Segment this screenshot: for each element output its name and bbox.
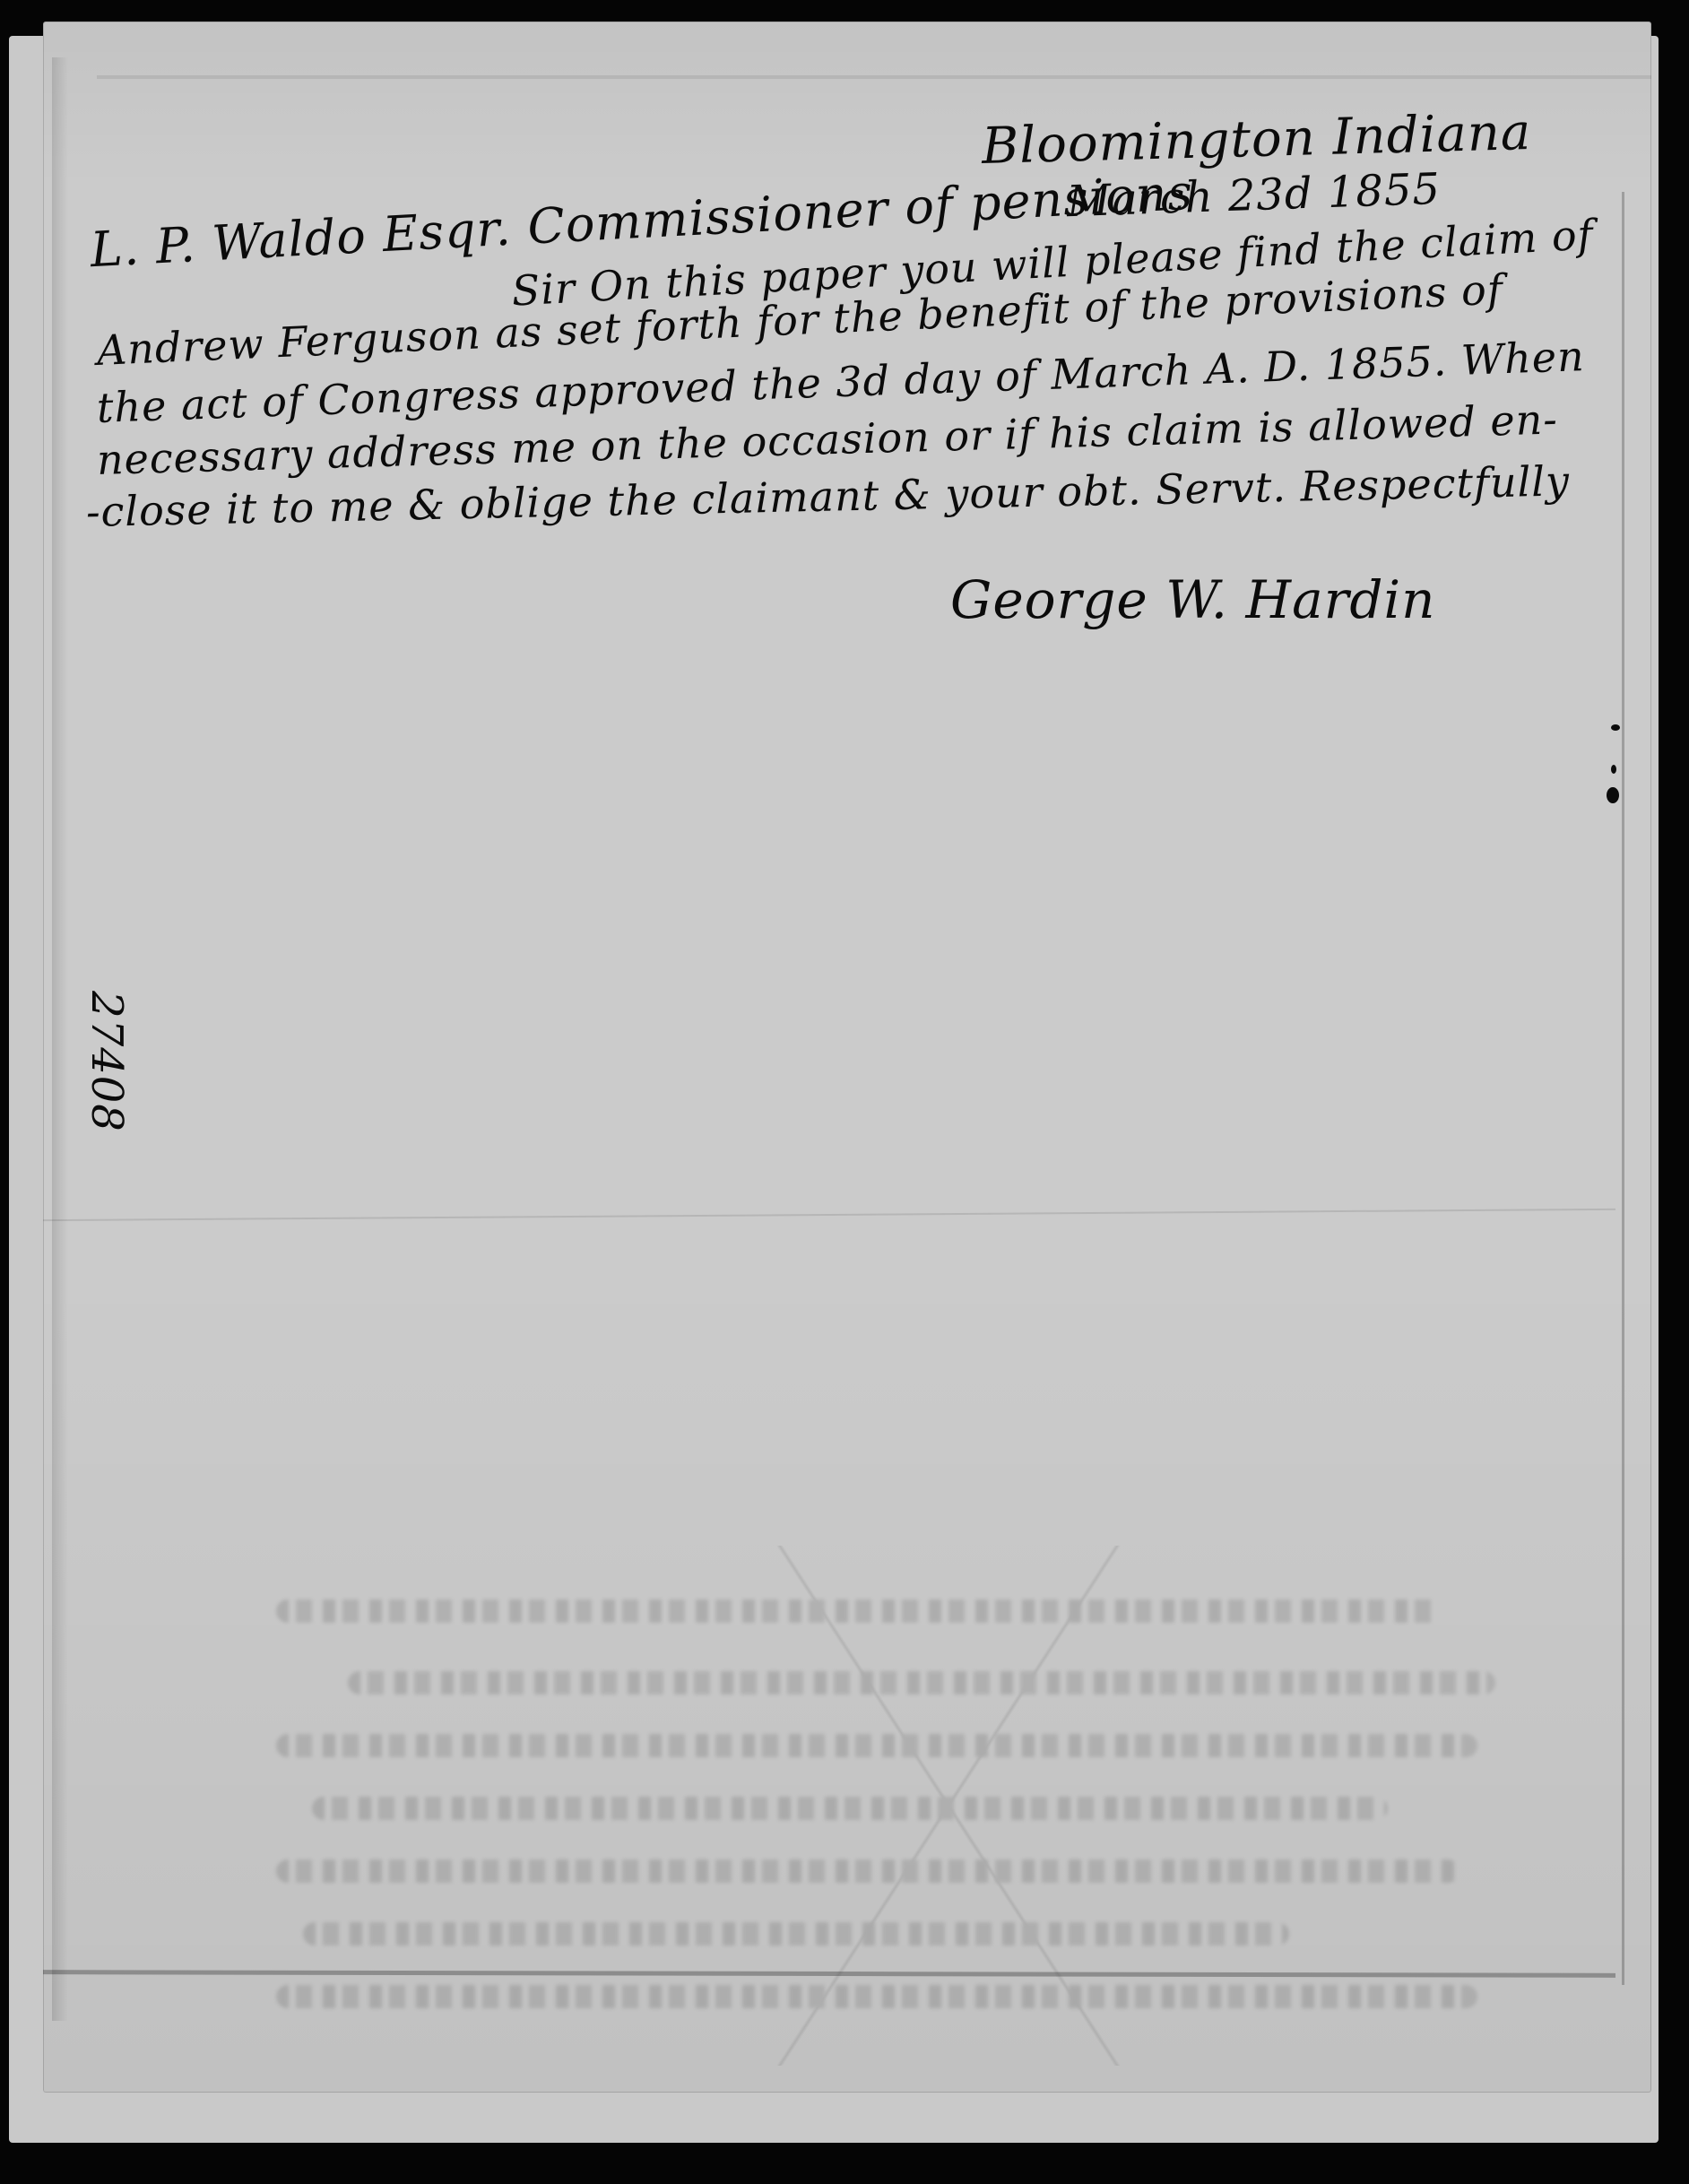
ink-spot	[1611, 765, 1616, 774]
bleed-line	[312, 1797, 1388, 1820]
bleed-line	[303, 1922, 1289, 1946]
right-edge-line	[1622, 192, 1624, 1985]
top-fold-shadow	[97, 75, 1651, 79]
margin-file-number: 27408	[85, 991, 128, 1132]
bleed-line	[276, 1985, 1477, 2008]
letter-place: Bloomington Indiana	[981, 108, 1532, 172]
bleed-line	[276, 1599, 1442, 1623]
bleed-line	[276, 1734, 1477, 1757]
horizontal-crease	[43, 1209, 1615, 1221]
bleed-line	[348, 1671, 1495, 1694]
bleed-line	[276, 1859, 1459, 1883]
letter-signature: George W. Hardin	[950, 574, 1435, 626]
left-fold-shadow	[52, 57, 68, 2021]
bleed-through-text	[276, 1546, 1531, 2066]
ink-spot	[1611, 724, 1620, 731]
ink-spot	[1607, 787, 1619, 803]
